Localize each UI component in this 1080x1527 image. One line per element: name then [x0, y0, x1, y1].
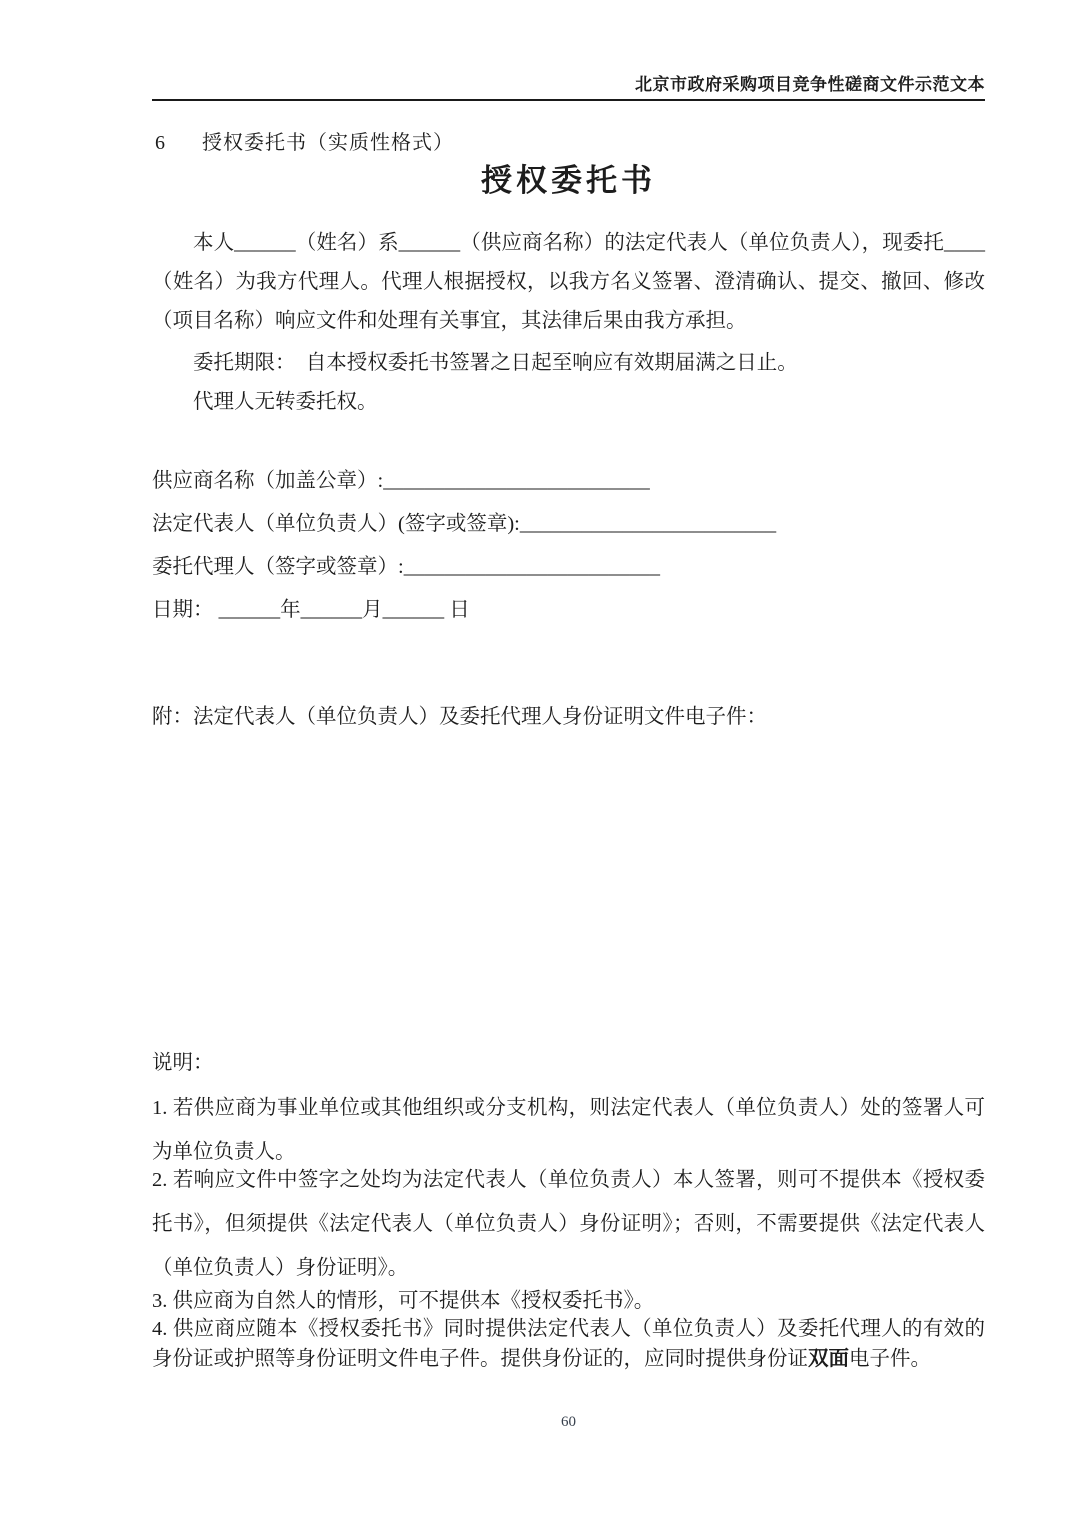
signature-block: 供应商名称（加盖公章）:__________________________ 法… [152, 468, 985, 640]
note-4-bold-text: 双面 [808, 1348, 849, 1370]
section-title: 授权委托书（实质性格式） [202, 132, 454, 154]
page-header-text: 北京市政府采购项目竞争性磋商文件示范文本 [152, 70, 985, 95]
legal-rep-label: 法定代表人（单位负责人）(签字或签章): [152, 513, 520, 535]
supplier-blank-line: __________________________ [383, 470, 650, 492]
supplier-signature-row: 供应商名称（加盖公章）:__________________________ [152, 468, 985, 494]
legal-rep-signature-row: 法定代表人（单位负责人）(签字或签章):____________________… [152, 511, 985, 537]
paragraph-authorization: 本人______（姓名）系______（供应商名称）的法定代表人（单位负责人），… [152, 224, 985, 341]
note-2: 2. 若响应文件中签字之处均为法定代表人（单位负责人）本人签署，则可不提供本《授… [152, 1158, 985, 1290]
agent-blank-line: _________________________ [404, 556, 660, 578]
note-4: 4. 供应商应随本《授权委托书》同时提供法定代表人（单位负责人）及委托代理人的有… [152, 1314, 985, 1374]
supplier-label: 供应商名称（加盖公章）: [152, 470, 383, 492]
agent-signature-row: 委托代理人（签字或签章）:_________________________ [152, 554, 985, 580]
section-heading: 6授权委托书（实质性格式） [155, 126, 454, 155]
note-4-text-end: 电子件。 [849, 1348, 931, 1370]
paragraph-term: 委托期限： 自本授权委托书签署之日起至响应有效期届满之日止。 [152, 344, 985, 383]
date-row: 日期： ______年______月______ 日 [152, 597, 985, 623]
agent-label: 委托代理人（签字或签章）: [152, 556, 404, 578]
notes-heading: 说明： [152, 1044, 985, 1083]
section-number: 6 [155, 132, 166, 155]
doc-title: 授权委托书 [152, 155, 985, 200]
page-number: 60 [152, 1414, 985, 1431]
paragraph-no-subdelegation: 代理人无转委托权。 [152, 383, 985, 422]
attachment-note: 附：法定代表人（单位负责人）及委托代理人身份证明文件电子件： [152, 698, 985, 737]
header-rule [152, 99, 985, 101]
document-page: 北京市政府采购项目竞争性磋商文件示范文本 6授权委托书（实质性格式） 授权委托书… [0, 0, 1080, 1527]
legal-rep-blank-line: _________________________ [520, 513, 776, 535]
